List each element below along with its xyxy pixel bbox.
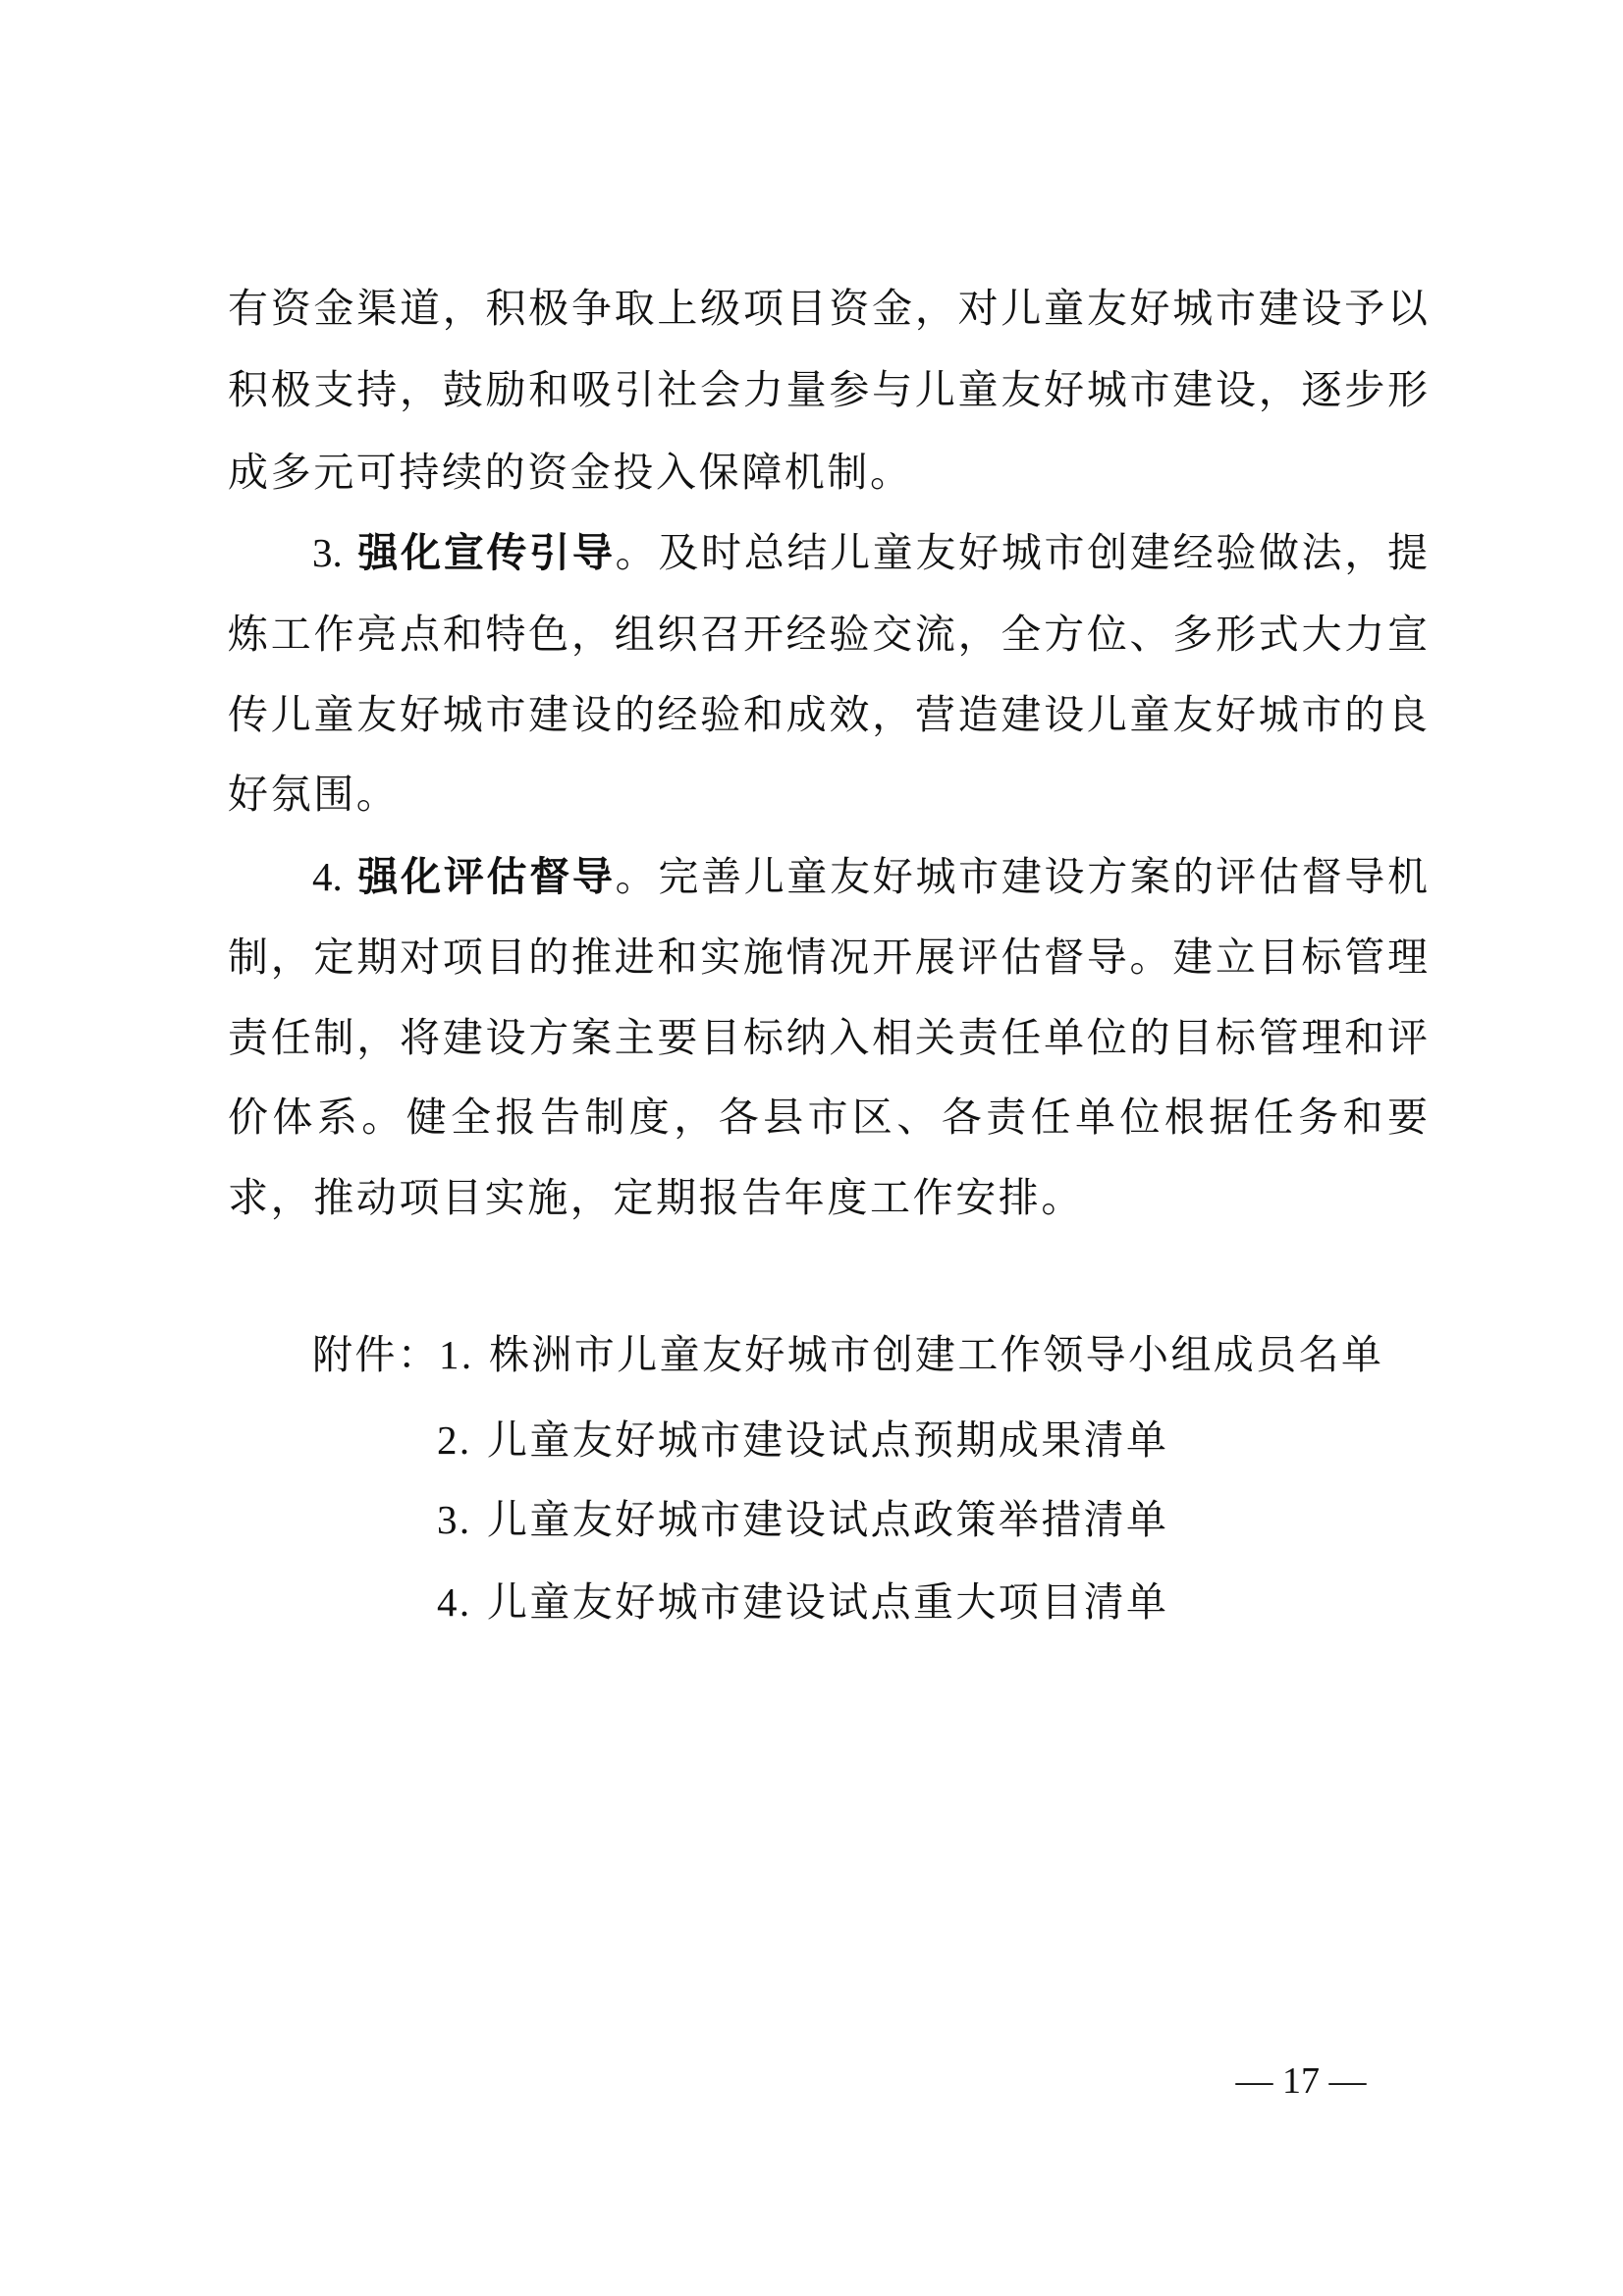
attachment-item: 2. 儿童友好城市建设试点预期成果清单 — [437, 1413, 1168, 1468]
paragraph-line: 炼工作亮点和特色，组织召开经验交流，全方位、多形式大力宣 — [228, 607, 1428, 662]
attachment-title: 儿童友好城市建设试点政策举措清单 — [487, 1496, 1168, 1543]
attachment-item: 1. 株洲市儿童友好城市创建工作领导小组成员名单 — [439, 1327, 1383, 1382]
section-4-first-line: 4. 强化评估督导。完善儿童友好城市建设方案的评估督导机 — [312, 849, 1428, 904]
section-4-heading: 强化评估督导 — [357, 853, 615, 900]
paragraph-line: 传儿童友好城市建设的经验和成效，营造建设儿童友好城市的良 — [228, 687, 1428, 742]
attachment-number: 1. — [439, 1332, 474, 1377]
section-4-number: 4. — [312, 854, 343, 899]
paragraph-line: 价体系。健全报告制度，各县市区、各责任单位根据任务和要 — [228, 1090, 1428, 1145]
paragraph-line: 制，定期对项目的推进和实施情况开展评估督导。建立目标管理 — [228, 930, 1428, 985]
paragraph-line: 有资金渠道，积极争取上级项目资金，对儿童友好城市建设予以 — [228, 281, 1428, 336]
paragraph-line: 好氛围。 — [228, 767, 399, 822]
attachment-number: 4. — [437, 1579, 472, 1625]
attachments-label: 附件： — [312, 1327, 440, 1382]
attachment-title: 株洲市儿童友好城市创建工作领导小组成员名单 — [489, 1331, 1383, 1378]
section-3-number: 3. — [312, 530, 343, 575]
paragraph-line: 求，推动项目实施，定期报告年度工作安排。 — [228, 1170, 1084, 1225]
section-4-text: 。完善儿童友好城市建设方案的评估督导机 — [616, 853, 1428, 900]
section-3-first-line: 3. 强化宣传引导。及时总结儿童友好城市创建经验做法，提 — [312, 525, 1428, 580]
attachment-item: 3. 儿童友好城市建设试点政策举措清单 — [437, 1492, 1168, 1547]
page-number: — 17 — — [1227, 2056, 1375, 2106]
attachment-number: 3. — [437, 1497, 472, 1542]
section-3-heading: 强化宣传引导 — [357, 529, 615, 576]
attachment-title: 儿童友好城市建设试点预期成果清单 — [487, 1416, 1168, 1464]
attachment-title: 儿童友好城市建设试点重大项目清单 — [487, 1578, 1168, 1626]
document-page: 有资金渠道，积极争取上级项目资金，对儿童友好城市建设予以 积极支持，鼓励和吸引社… — [0, 0, 1623, 2296]
section-3-text: 。及时总结儿童友好城市创建经验做法，提 — [616, 529, 1428, 576]
paragraph-line: 责任制，将建设方案主要目标纳入相关责任单位的目标管理和评 — [228, 1010, 1428, 1065]
attachment-number: 2. — [437, 1417, 472, 1463]
paragraph-line: 积极支持，鼓励和吸引社会力量参与儿童友好城市建设，逐步形 — [228, 362, 1428, 417]
attachment-item: 4. 儿童友好城市建设试点重大项目清单 — [437, 1575, 1168, 1629]
paragraph-line: 成多元可持续的资金投入保障机制。 — [228, 445, 913, 500]
